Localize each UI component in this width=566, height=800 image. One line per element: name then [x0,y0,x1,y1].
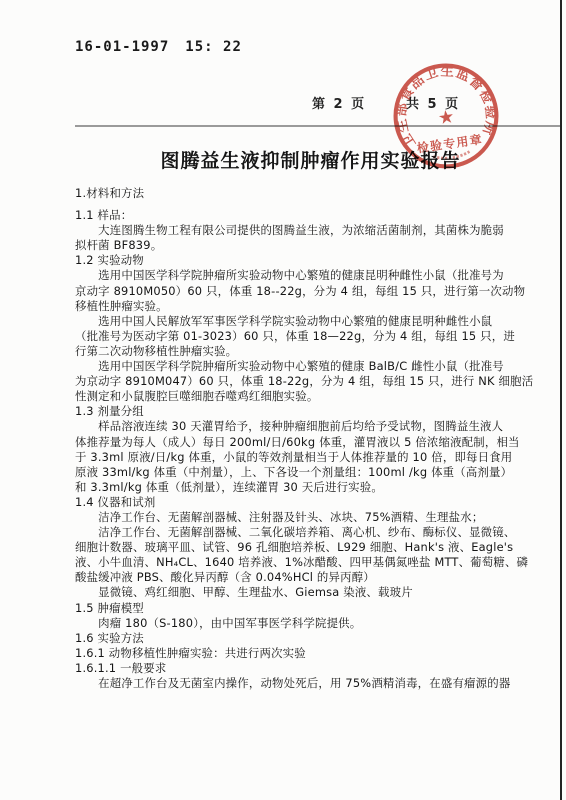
body-line: 在超净工作台及无菌室内操作，动物处死后，用 75%酒精消毒，在盛有瘤源的器 [75,676,515,691]
inspection-stamp: 卫生部食品卫生监督检验所 ★ 检验专用章 [384,54,508,178]
body-line: 酸盐缓冲液 PBS、酸化异丙醇（含 0.04%HCl 的异丙醇） [75,570,515,585]
body-line: 洁净工作台、无菌解剖器械、二氧化碳培养箱、离心机、纱布、酶标仪、显微镜、 [75,525,515,540]
body-line: 肉瘤 180（S-180），由中国军事医学科学院提供。 [75,616,515,631]
body-line: 细胞计数器、玻璃平皿、试管、96 孔细胞培养板、L929 细胞、Hank's 液… [75,540,515,555]
body-line: 1.材料和方法 [75,186,515,201]
document-body: 1.材料和方法 1.1 样品： 大连图腾生物工程有限公司提供的图腾益生液，为浓缩… [75,186,515,691]
body-line: 洁净工作台、无菌解剖器械、注射器及针头、冰块、75%酒精、生理盐水； [75,510,515,525]
body-line: 为京动字 8910M047）60 只，体重 18-22g，分为 4 组，每组 1… [75,374,515,389]
body-line: 原液 33ml/kg 体重（中剂量），上、下各设一个剂量组：100ml /kg … [75,465,515,480]
scan-edge-line [560,0,562,800]
body-line: （批准号为医动字第 01-3023）60 只，体重 18—22g，分为 4 组，… [75,329,515,344]
body-line: 液、小牛血清、NH₄CL、1640 培养液、1%冰醋酸、四甲基偶氮唑盐 MTT、… [75,555,515,570]
body-line: 1.3 剂量分组 [75,404,515,419]
stamp-microtext-arc [433,152,470,161]
stamp-seal-icon: 卫生部食品卫生监督检验所 ★ 检验专用章 [384,54,508,178]
body-line: 大连图腾生物工程有限公司提供的图腾益生液，为浓缩活菌制剂，其菌株为脆弱 [75,223,515,238]
body-line: 选用中国医学科学院肿瘤所实验动物中心繁殖的健康昆明种雌性小鼠（批准号为 [75,268,515,283]
body-line: 1.2 实验动物 [75,253,515,268]
body-line: 1.6.1 动物移植性肿瘤实验：共进行两次实验 [75,646,515,661]
body-line: 和 3.3ml/kg 体重（低剂量），连续灌胃 30 天后进行实验。 [75,480,515,495]
body-line: 1.1 样品： [75,208,515,223]
stamp-center-label: 检验专用章 [416,132,484,155]
body-line [75,201,515,208]
fax-time: 15: 22 [185,39,242,55]
body-line: 1.4 仪器和试剂 [75,495,515,510]
page-number-current: 第 2 页 [312,93,366,112]
body-line: 选用中国人民解放军军事医学科学院实验动物中心繁殖的健康昆明种雌性小鼠 [75,314,515,329]
body-line: 行第二次动物移植性肿瘤实验。 [75,344,515,359]
body-line: 于 3.3ml 原液/日/kg 体重，小鼠的等效剂量相当于人体推荐量的 10 倍… [75,450,515,465]
body-line: 显微镜、鸡红细胞、甲醇、生理盐水、Giemsa 染液、载玻片 [75,585,515,600]
body-line: 体推荐量为每人（成人）每日 200ml/日/60kg 体重，灌胃液以 5 倍浓缩… [75,435,515,450]
body-line: 性测定和小鼠腹腔巨噬细胞吞噬鸡红细胞实验。 [75,389,515,404]
body-line: 京动字 8910M050）60 只，体重 18--22g，分为 4 组，每组 1… [75,284,515,299]
body-line: 1.6 实验方法 [75,631,515,646]
fax-date: 16-01-1997 [75,39,169,55]
scanned-report-page: 16-01-199715: 22 第 2 页 共 5 页 图腾益生液抑制肿瘤作用… [0,0,566,800]
body-line: 1.5 肿瘤模型 [75,601,515,616]
body-line: 选用中国医学科学院肿瘤所实验动物中心繁殖的健康 BalB/C 雌性小鼠（批准号 [75,359,515,374]
body-line: 1.6.1.1 一般要求 [75,661,515,676]
body-line: 样品溶液连续 30 天灌胃给予，接种肿瘤细胞前后均给予受试物，图腾益生液人 [75,419,515,434]
body-line: 拟杆菌 BF839。 [75,238,515,253]
star-icon: ★ [437,106,456,129]
fax-timestamp: 16-01-199715: 22 [75,39,242,55]
body-line: 移植性肿瘤实验。 [75,299,515,314]
